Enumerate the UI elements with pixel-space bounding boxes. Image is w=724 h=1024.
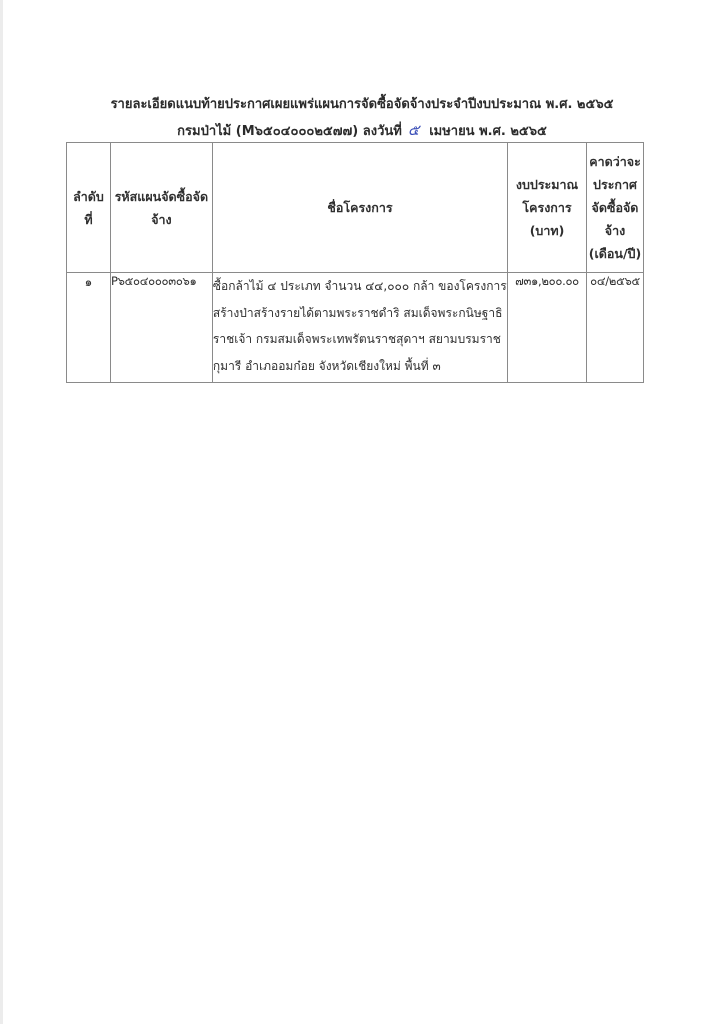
header-budget: งบประมาณ โครงการ (บาท) [508,143,587,273]
scan-page-edge [0,0,3,1024]
table-row: ๑ P๖๕๐๔๐๐๐๓๐๖๑ ซื้อกล้าไม้ ๔ ประเภท จำนว… [67,273,644,383]
procurement-plan-table: ลำดับ ที่ รหัสแผนจัดซื้อจัด จ้าง ชื่อโคร… [66,142,644,383]
header-plan-code: รหัสแผนจัดซื้อจัด จ้าง [110,143,212,273]
header-expected-date: คาดว่าจะ ประกาศ จัดซื้อจัด จ้าง (เดือน/ป… [586,143,643,273]
header-project-name: ชื่อโครงการ [212,143,507,273]
document-subtitle: กรมป่าไม้ (M๖๕๐๔๐๐๐๒๕๗๗) ลงวันที่๕เมษายน… [0,118,724,142]
cell-seq: ๑ [67,273,111,383]
cell-budget: ๗๓๑,๒๐๐.๐๐ [508,273,587,383]
cell-expected-date: ๐๔/๒๕๖๕ [586,273,643,383]
header-seq: ลำดับ ที่ [67,143,111,273]
cell-project-name: ซื้อกล้าไม้ ๔ ประเภท จำนวน ๔๔,๐๐๐ กล้า ข… [212,273,507,383]
document-title: รายละเอียดแนบท้ายประกาศเผยแพร่แผนการจัดซ… [0,93,724,114]
table-header-row: ลำดับ ที่ รหัสแผนจัดซื้อจัด จ้าง ชื่อโคร… [67,143,644,273]
title-line-2-prefix: กรมป่าไม้ (M๖๕๐๔๐๐๐๒๕๗๗) ลงวันที่ [177,124,402,139]
cell-plan-code: P๖๕๐๔๐๐๐๓๐๖๑ [110,273,212,383]
title-line-2-suffix: เมษายน พ.ศ. ๒๕๖๕ [429,124,547,139]
title-line-1: รายละเอียดแนบท้ายประกาศเผยแพร่แผนการจัดซ… [111,97,614,112]
handwritten-day: ๕ [408,118,419,142]
